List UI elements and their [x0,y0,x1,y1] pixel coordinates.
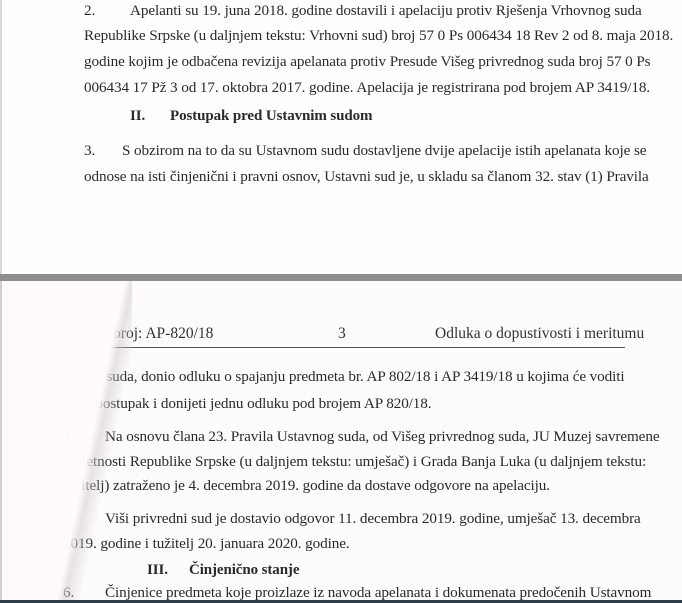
paragraph-6-line-1: 6.Činjenice predmeta koje proizlaze iz n… [63,584,651,600]
header-title: Odluka o dopustivosti i meritumu [435,325,644,343]
paragraph-2-line-2: Republike Srpske (u daljnjem tekstu: Vrh… [84,27,673,45]
section-heading-III: III.Činjenično stanje [147,562,299,579]
header-case-reference: et broj: AP-820/18 [98,325,213,343]
paragraph-2-line-3: godine kojim je odbačena revizija apelan… [84,53,650,71]
paragraph-4-line-2: umjetnosti Republike Srpske (u daljnjem … [63,453,646,471]
paragraph-number: 5. [63,510,105,528]
page-divider [0,274,682,281]
paragraph-number: 6. [63,584,105,600]
paragraph-3-line-2: odnose na isti činjenični i pravni osnov… [84,168,649,186]
paragraph-2-line-1: 2.Apelanti su 19. juna 2018. godine dost… [84,2,626,20]
paragraph-5-line-2: 2019. godine i tužitelj 20. januara 2020… [63,535,350,553]
section-title: Činjenično stanje [189,562,299,578]
paragraph-5-line-1: 5.Viši privredni sud je dostavio odgovor… [63,510,641,528]
paragraph-number: 2. [84,2,130,20]
document-page-top: 2.Apelanti su 19. juna 2018. godine dost… [0,0,682,274]
section-heading-II: II.Postupak pred Ustavnim sudom [130,108,372,125]
paragraph-2-line-4: 006434 17 Pž 3 od 17. oktobra 2017. godi… [84,79,650,97]
header-rule [97,347,625,348]
paragraph-4-line-3: tužitelj) zatraženo je 4. decembra 2019.… [63,477,550,495]
document-page-bottom: et broj: AP-820/18 3 Odluka o dopustivos… [0,281,682,600]
paragraph-3-cont-line-2: dan postupak i donijeti jednu odluku pod… [70,395,432,413]
paragraph-number: 4. [63,428,105,446]
paragraph-3-line-1: 3.S obzirom na to da su Ustavnom sudu do… [84,142,646,160]
section-roman-numeral: II. [130,108,170,125]
paragraph-3-cont-line-1: avnog suda, donio odluku o spajanju pred… [66,368,625,386]
section-roman-numeral: III. [147,562,189,579]
paragraph-number: 3. [84,142,122,160]
header-page-number: 3 [338,325,346,343]
paragraph-4-line-1: 4.Na osnovu člana 23. Pravila Ustavnog s… [63,428,659,446]
section-title: Postupak pred Ustavnim sudom [170,108,372,124]
